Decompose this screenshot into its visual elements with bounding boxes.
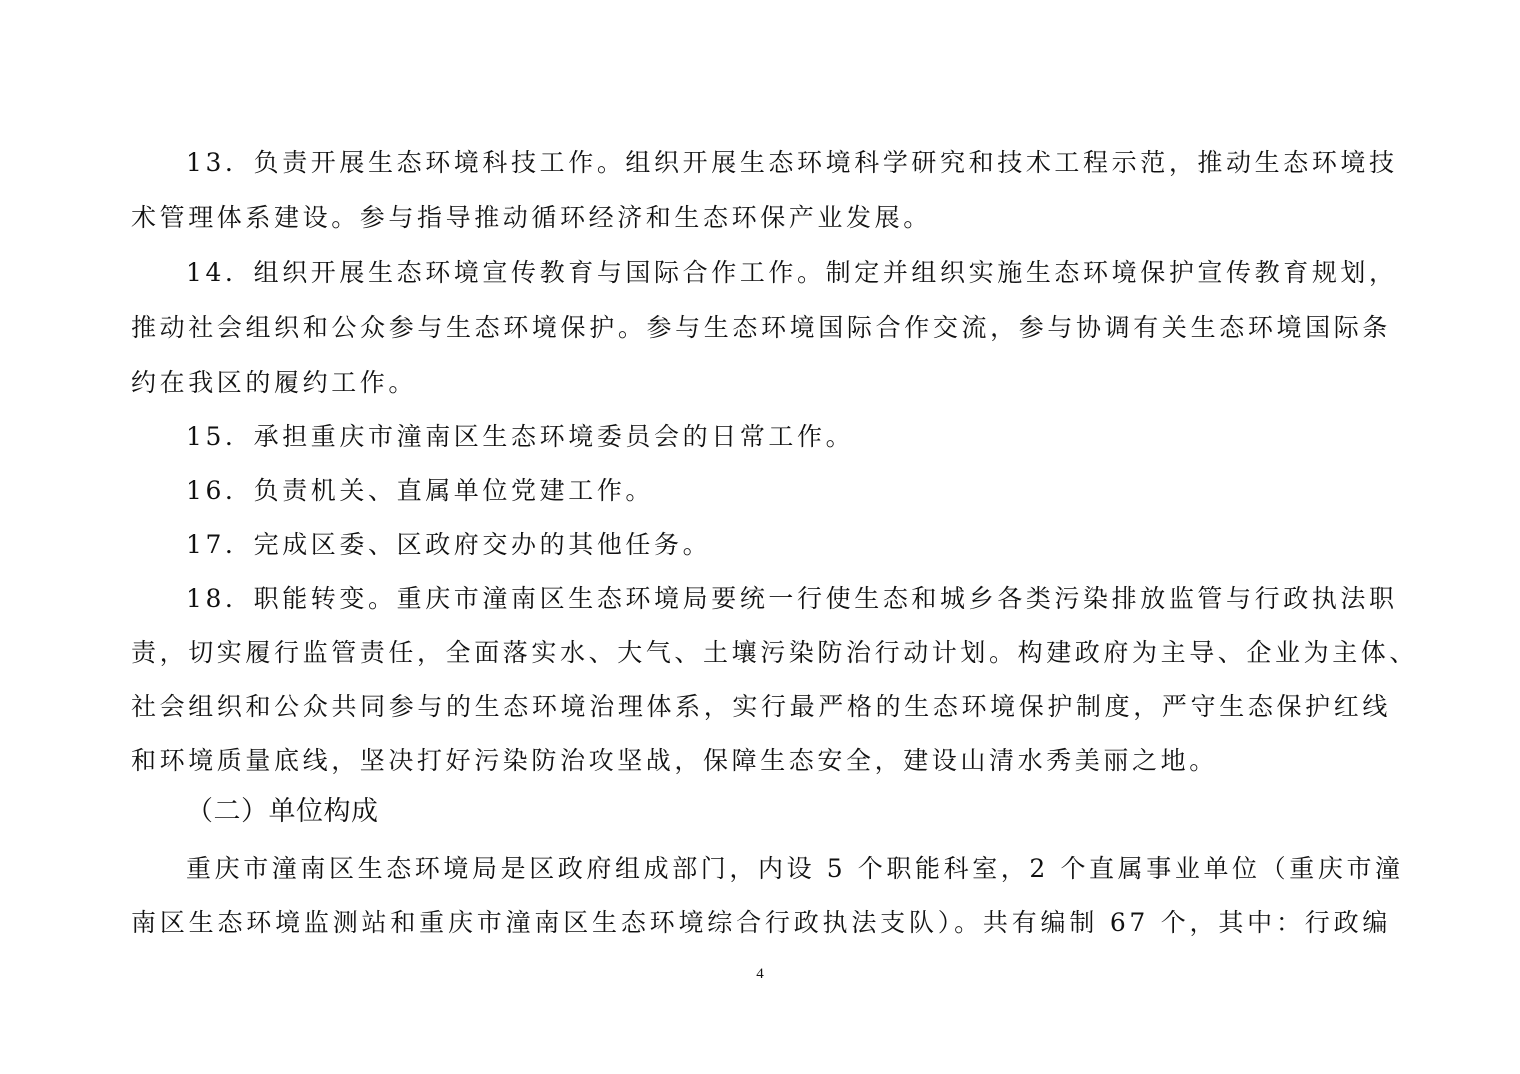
paragraph-18-line-2: 责，切实履行监管责任，全面落实水、大气、土壤污染防治行动计划。构建政府为主导、企… xyxy=(131,636,1391,670)
paragraph-16: 16．负责机关、直属单位党建工作。 xyxy=(186,474,1391,508)
paragraph-14-line-3: 约在我区的履约工作。 xyxy=(131,366,1391,400)
paragraph-18-line-1: 18．职能转变。重庆市潼南区生态环境局要统一行使生态和城乡各类污染排放监管与行政… xyxy=(186,582,1391,616)
paragraph-13-line-1: 13．负责开展生态环境科技工作。组织开展生态环境科学研究和技术工程示范，推动生态… xyxy=(186,146,1391,180)
section-heading: （二）单位构成 xyxy=(186,795,379,829)
paragraph-14-line-1: 14．组织开展生态环境宣传教育与国际合作工作。制定并组织实施生态环境保护宣传教育… xyxy=(186,256,1391,290)
unit-composition-line-2: 南区生态环境监测站和重庆市潼南区生态环境综合行政执法支队）。共有编制 67 个，… xyxy=(131,906,1391,940)
paragraph-13-line-2: 术管理体系建设。参与指导推动循环经济和生态环保产业发展。 xyxy=(131,201,1391,235)
paragraph-15: 15．承担重庆市潼南区生态环境委员会的日常工作。 xyxy=(186,420,1391,454)
unit-composition-line-1: 重庆市潼南区生态环境局是区政府组成部门，内设 5 个职能科室，2 个直属事业单位… xyxy=(186,852,1391,886)
paragraph-18-line-4: 和环境质量底线，坚决打好污染防治攻坚战，保障生态安全，建设山清水秀美丽之地。 xyxy=(131,744,1391,778)
page-number: 4 xyxy=(0,966,1520,983)
paragraph-14-line-2: 推动社会组织和公众参与生态环境保护。参与生态环境国际合作交流，参与协调有关生态环… xyxy=(131,311,1391,345)
paragraph-17: 17．完成区委、区政府交办的其他任务。 xyxy=(186,528,1391,562)
paragraph-18-line-3: 社会组织和公众共同参与的生态环境治理体系，实行最严格的生态环境保护制度，严守生态… xyxy=(131,690,1391,724)
